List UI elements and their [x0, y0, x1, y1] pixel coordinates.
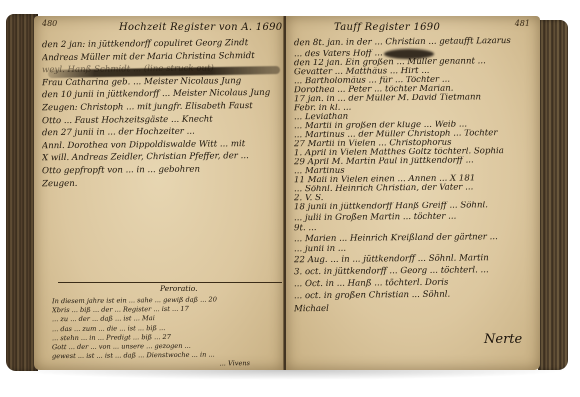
right-page-entries: den 8t. jan. in der ... Christian ... ge… [294, 36, 534, 314]
right-page-number: 481 [515, 19, 530, 28]
right-page-heading: Tauff Register 1690 [334, 22, 440, 33]
left-page: 480 Hochzeit Register von A. 1690 den 2 … [34, 16, 284, 370]
left-page-entries: den 2 jan: in jüttkendorff copuliret Geo… [42, 38, 278, 189]
handwritten-line: Michael [294, 300, 534, 315]
right-page-stack-edge [538, 20, 568, 370]
handwritten-line: Zeugen. [42, 175, 278, 190]
left-page-heading: Hochzeit Register von A. 1690 [119, 22, 282, 33]
left-page-number: 480 [42, 19, 57, 28]
footnote-title: Peroratio. [160, 284, 198, 293]
open-manuscript-book: 480 Hochzeit Register von A. 1690 den 2 … [0, 0, 580, 397]
signature: Nerte [484, 332, 522, 347]
right-page: 481 Tauff Register 1690 den 8t. jan. in … [286, 16, 540, 370]
footnote-rule [58, 282, 282, 283]
footnote-line: ... Vivens [52, 359, 280, 370]
footnote-text: In diesem jahre ist ein ... sahe ... gew… [52, 296, 280, 370]
